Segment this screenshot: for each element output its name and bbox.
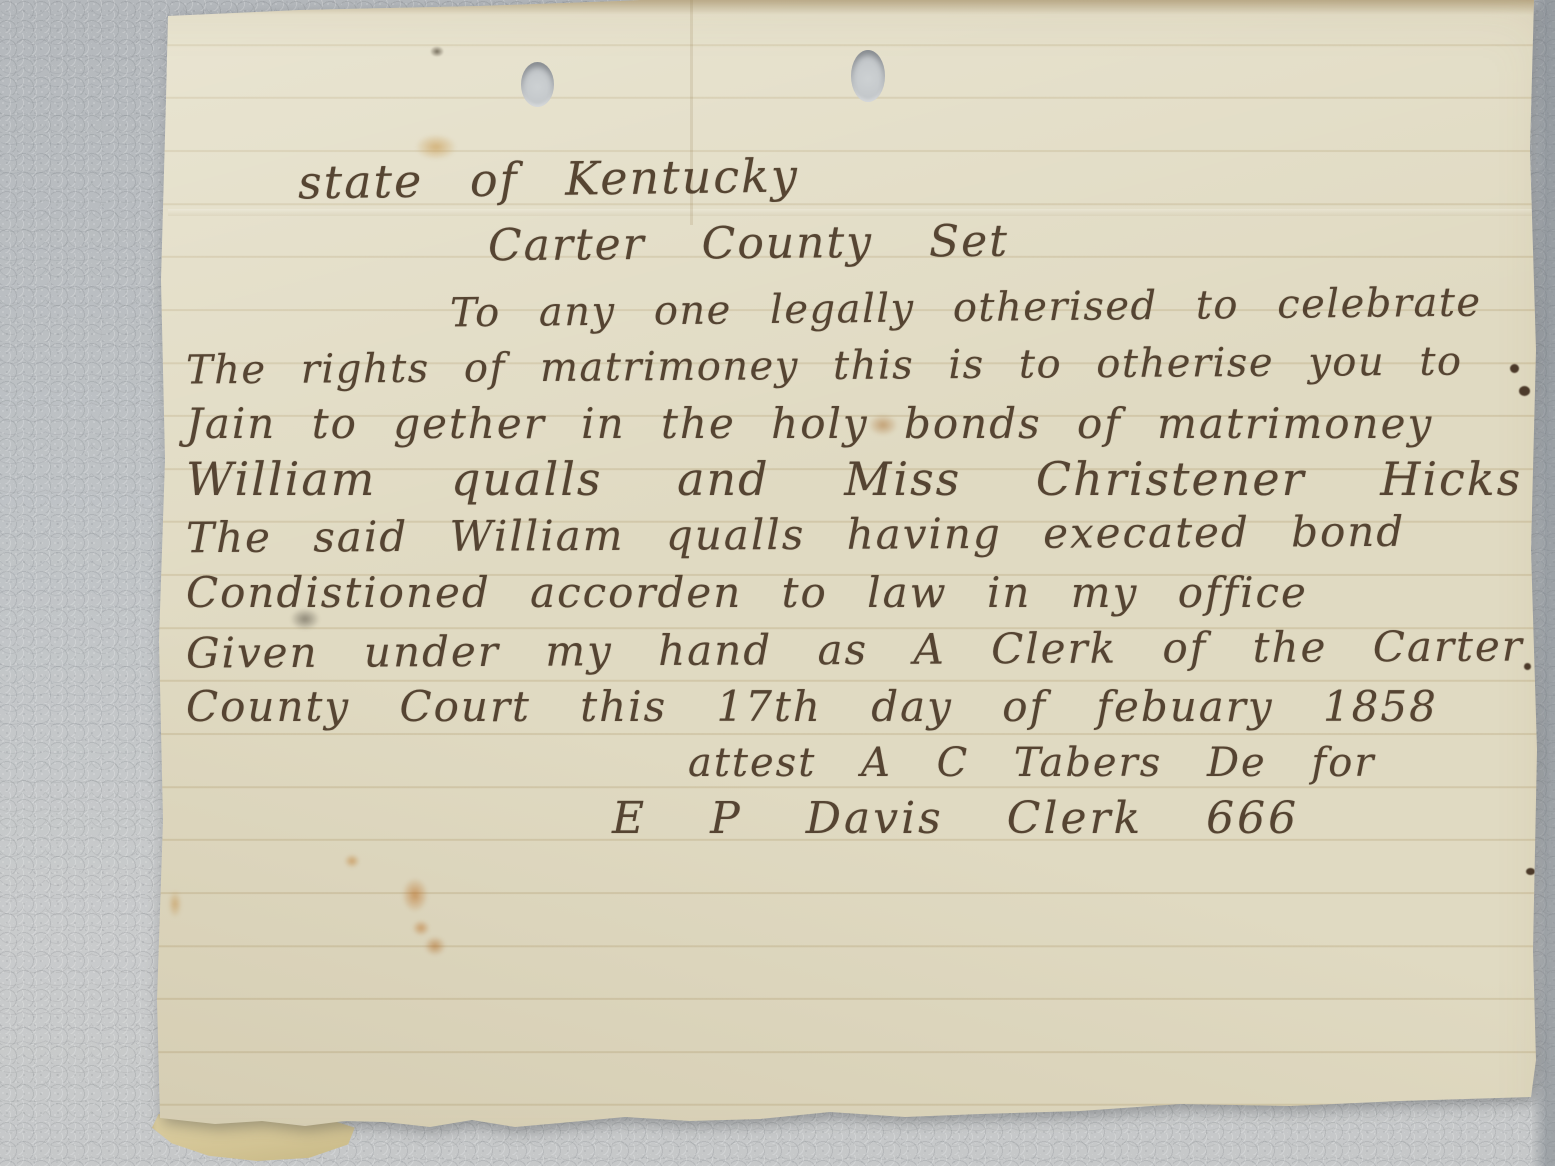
ink-spot [1519,386,1530,396]
stain [430,46,444,57]
handwriting-line: To any one legally otherised to celebrat… [450,280,1482,337]
stain [344,854,360,868]
stain [412,920,430,936]
horizontal-crease [168,209,1538,216]
handwriting-line: County Court this 17th day of febuary 18… [186,682,1438,731]
paper-shadow-wrap: state of Kentucky Carter County Set To a… [0,0,1555,1166]
handwriting-line: William qualls and Miss Christener Hicks [186,452,1522,506]
handwriting-line: state of Kentucky [298,149,800,210]
handwriting-line: Condistioned accorden to law in my offic… [186,568,1308,617]
ink-spot [1526,868,1535,875]
document-photograph: state of Kentucky Carter County Set To a… [0,0,1555,1166]
handwriting-line: Given under my hand as A Clerk of the Ca… [186,621,1524,677]
stain [402,878,428,912]
punch-hole-left [521,62,554,107]
handwriting-line: The rights of matrimoney this is to othe… [186,339,1463,394]
handwriting-line: The said William qualls having execated … [186,507,1405,562]
stain [168,890,182,918]
handwriting-line: Jain to gether in the holy bonds of matr… [186,399,1433,448]
handwriting-line: Carter County Set [488,216,1009,272]
handwriting-line: E P Davis Clerk 666 [612,793,1299,844]
document-paper: state of Kentucky Carter County Set To a… [0,0,1555,1166]
punch-hole-right [851,50,885,102]
stain [424,936,446,956]
handwriting-line: attest A C Tabers De for [688,740,1375,786]
ink-spot [1510,364,1519,373]
paper-top-edge-shade [160,0,1540,15]
ink-spot [1524,663,1531,670]
